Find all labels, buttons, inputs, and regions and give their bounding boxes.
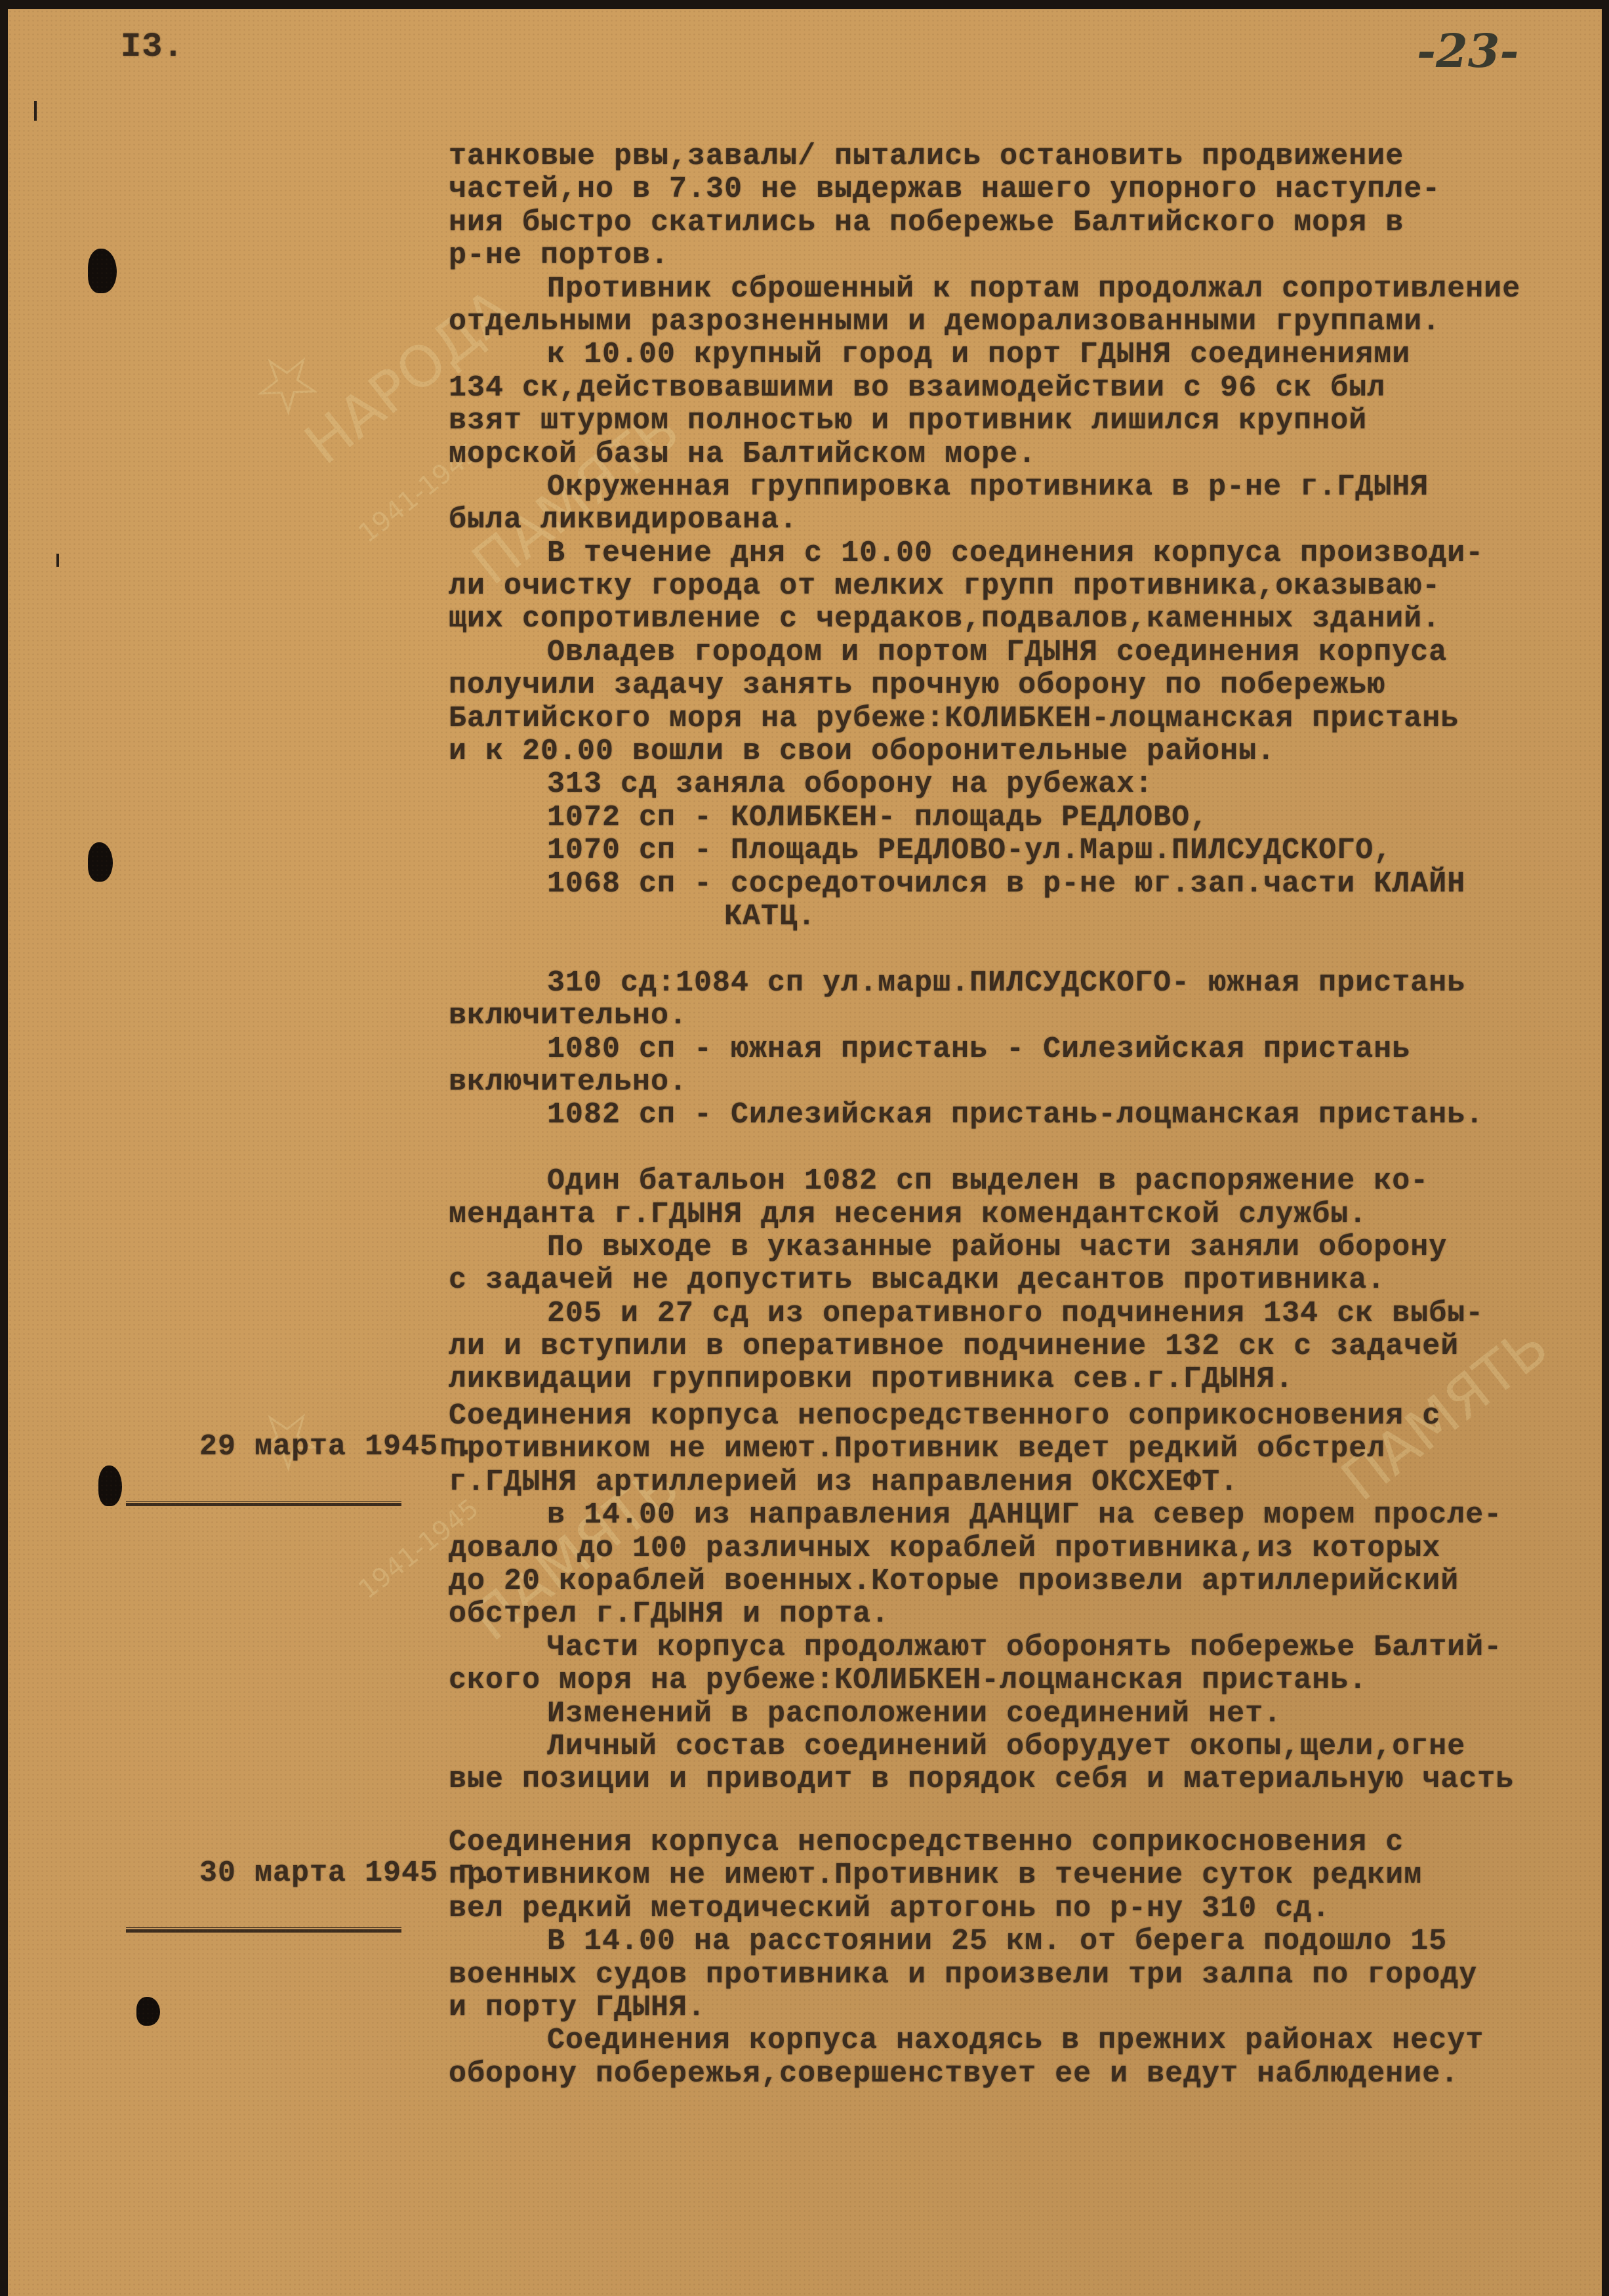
text-line: Соединения корпуса непосредственно сопри… xyxy=(449,1826,1603,1859)
text-line: Окруженная группировка противника в р-не… xyxy=(449,471,1603,504)
report-entry-30-march: Соединения корпуса непосредственно сопри… xyxy=(449,1826,1603,2091)
text-line: к 10.00 крупный город и порт ГДЫНЯ соеди… xyxy=(449,338,1603,371)
text-line: и к 20.00 вошли в свои оборонительные ра… xyxy=(449,735,1603,768)
sheet-number: I3. xyxy=(121,28,184,66)
text-line: Личный состав соединений оборудует окопы… xyxy=(449,1731,1603,1763)
punch-hole xyxy=(136,1997,160,2026)
text-line: ликвидации группировки противника сев.г.… xyxy=(449,1363,1603,1396)
text-line: оборону побережья,совершенствует ее и ве… xyxy=(449,2058,1603,2091)
text-line: морской базы на Балтийском море. xyxy=(449,438,1603,471)
text-line: включительно. xyxy=(449,1000,1603,1033)
text-line: до 20 кораблей военных.Которые произвели… xyxy=(449,1565,1603,1598)
text-line: В течение дня с 10.00 соединения корпуса… xyxy=(449,537,1603,570)
text-line: р-не портов. xyxy=(449,239,1603,272)
text-line: ли и вступили в оперативное подчинение 1… xyxy=(449,1330,1603,1363)
text-line: щих сопротивление с чердаков,подвалов,ка… xyxy=(449,603,1603,636)
text-line: 313 сд заняла оборону на рубежах: xyxy=(449,768,1603,801)
margin-mark xyxy=(34,101,37,121)
text-line: КАТЦ. xyxy=(449,901,1603,933)
text-line: 310 сд:1084 сп ул.марш.ПИЛСУДСКОГО- южна… xyxy=(449,967,1603,1000)
text-line: ского моря на рубеже:КОЛИБКЕН-лоцманская… xyxy=(449,1664,1603,1697)
text-line: танковые рвы,завалы/ пытались остановить… xyxy=(449,140,1603,173)
text-line: В 14.00 на расстоянии 25 км. от берега п… xyxy=(449,1925,1603,1958)
text-line: отдельными разрозненными и деморализован… xyxy=(449,306,1603,338)
text-line: По выходе в указанные районы части занял… xyxy=(449,1231,1603,1264)
text-line: г.ГДЫНЯ артиллерией из направления ОКСХЕ… xyxy=(449,1466,1603,1499)
text-line: с задачей не допустить высадки десантов … xyxy=(449,1264,1603,1297)
margin-mark xyxy=(56,554,59,567)
text-line: Противник сброшенный к портам продолжал … xyxy=(449,273,1603,306)
text-line: Один батальон 1082 сп выделен в распоряж… xyxy=(449,1165,1603,1198)
report-section-28-march: танковые рвы,завалы/ пытались остановить… xyxy=(449,140,1603,1397)
date-underline xyxy=(126,1501,401,1506)
date-29-march: 29 марта 1945г. xyxy=(126,1397,475,1573)
punch-hole xyxy=(88,842,113,882)
text-line: получили задачу занять прочную оборону п… xyxy=(449,669,1603,702)
text-line: частей,но в 7.30 не выдержав нашего упор… xyxy=(449,173,1603,206)
text-line: взят штурмом полностью и противник лишил… xyxy=(449,405,1603,438)
text-line: Части корпуса продолжают оборонять побер… xyxy=(449,1631,1603,1664)
punch-hole xyxy=(98,1466,122,1506)
punch-hole xyxy=(88,249,117,293)
text-line: 1070 сп - Площадь РЕДЛОВО-ул.Марш.ПИЛСУД… xyxy=(449,834,1603,867)
text-line: включительно. xyxy=(449,1066,1603,1099)
text-line: была ликвидирована. xyxy=(449,504,1603,537)
text-line: ния быстро скатились на побережье Балтий… xyxy=(449,207,1603,239)
text-line: Овладев городом и портом ГДЫНЯ соединени… xyxy=(449,636,1603,669)
text-line: Балтийского моря на рубеже:КОЛИБКЕН-лоцм… xyxy=(449,703,1603,735)
text-line xyxy=(449,933,1603,966)
text-line: Соединения корпуса непосредственного соп… xyxy=(449,1400,1603,1433)
date-30-march: 30 марта 1945 г. xyxy=(126,1823,493,1999)
text-line: в 14.00 из направления ДАНЦИГ на север м… xyxy=(449,1499,1603,1532)
text-line: противником не имеют.Противник ведет ред… xyxy=(449,1433,1603,1466)
text-line: 1072 сп - КОЛИБКЕН- площадь РЕДЛОВО, xyxy=(449,802,1603,834)
document-page: ☆ 1941-1945 ПАМЯТЬ НАРОДА ☆ 1941-1945 ПА… xyxy=(8,9,1602,2296)
text-line: 1082 сп - Силезийская пристань-лоцманска… xyxy=(449,1099,1603,1132)
text-line: довало до 100 различных кораблей противн… xyxy=(449,1532,1603,1565)
page-number: -23- xyxy=(1417,24,1519,78)
text-line: Изменений в расположении соединений нет. xyxy=(449,1698,1603,1731)
text-line: обстрел г.ГДЫНЯ и порта. xyxy=(449,1598,1603,1631)
text-line: 1080 сп - южная пристань - Силезийская п… xyxy=(449,1033,1603,1066)
text-line xyxy=(449,1132,1603,1165)
text-line: 134 ск,действовавшими во взаимодействии … xyxy=(449,372,1603,405)
text-line: и порту ГДЫНЯ. xyxy=(449,1992,1603,2024)
text-line: военных судов противника и произвели три… xyxy=(449,1959,1603,1992)
date-underline xyxy=(126,1927,401,1933)
report-entry-29-march: Соединения корпуса непосредственного соп… xyxy=(449,1400,1603,1797)
text-line: 1068 сп - сосредоточился в р-не юг.зап.ч… xyxy=(449,868,1603,901)
text-line: ли очистку города от мелких групп против… xyxy=(449,570,1603,603)
text-line: вел редкий методический артогонь по р-ну… xyxy=(449,1893,1603,1925)
text-line: 205 и 27 сд из оперативного подчинения 1… xyxy=(449,1298,1603,1330)
text-line: менданта г.ГДЫНЯ для несения комендантск… xyxy=(449,1199,1603,1231)
text-line: противником не имеют.Противник в течение… xyxy=(449,1859,1603,1892)
text-line: Соединения корпуса находясь в прежних ра… xyxy=(449,2024,1603,2057)
text-line: вые позиции и приводит в порядок себя и … xyxy=(449,1763,1603,1796)
